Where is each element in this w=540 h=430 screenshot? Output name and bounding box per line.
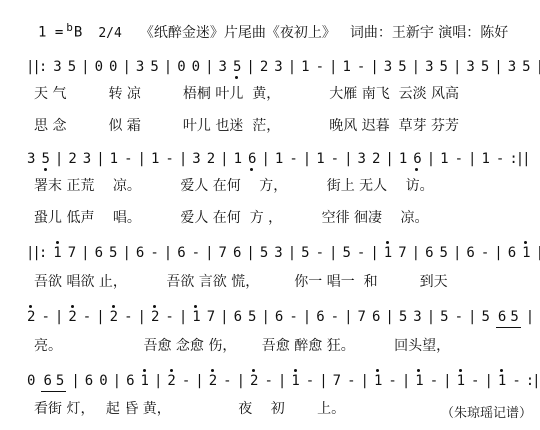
note: - [512,368,520,394]
barline: | [319,368,327,394]
note: - [316,240,324,266]
note: 6 [508,240,516,266]
barline: | [536,240,540,266]
beamed-notes: 65 [496,308,521,328]
transcriber-note: （朱琼瑶记谱） [441,402,532,421]
lyric-line-7: 看街 灯， 起 昏 黄， 夜 初 上。 [0,399,345,419]
sheet-header: 1 =bB 2/4 《纸醉金迷》片尾曲《夜初上》 词曲：王新宇 演唱：陈好 [0,16,540,40]
note: 7 [207,304,215,330]
repeat-start-sign: ||: [26,54,45,80]
note: 1 [498,368,506,394]
octave-dot-below [250,168,253,171]
flat-sign: b [66,21,73,34]
note: 3 [384,54,392,80]
footer-row: 看街 灯， 起 昏 黄， 夜 初 上。 （朱琼瑶记谱） [0,398,540,419]
barline: | [81,54,89,80]
note: 5 [440,304,448,330]
note: 3 [136,54,144,80]
note: 7 [219,240,227,266]
note: 0 [192,54,200,80]
lyric-line-5: 吾欲 唱欲 止， 吾欲 言欲 慌， 你一 唱一 和 到天 [0,272,540,292]
note: 6 [177,240,185,266]
note: 3 [274,54,282,80]
note: - [289,304,297,330]
barline: | [220,304,228,330]
barline: | [427,146,435,172]
note: 5 [301,240,309,266]
key-note: B [74,25,82,41]
note: 7 [68,240,76,266]
barline: | [329,54,337,80]
barline: | [261,146,269,172]
octave-dot-above [252,369,255,372]
barline: | [55,146,63,172]
note: - [165,146,173,172]
note: 5 [440,240,448,266]
note: - [124,146,132,172]
barline: | [303,304,311,330]
note: 6 [466,240,474,266]
note: - [331,146,339,172]
note: 5 [398,54,406,80]
octave-dot-below [235,76,238,79]
note: 3 [358,146,366,172]
barline: | [344,304,352,330]
note: 1 [481,146,489,172]
song-title: 《纸醉金迷》片尾曲《夜初上》 [140,21,336,45]
key-prefix: 1 = [38,25,63,41]
note: 6 [234,304,242,330]
barline: | [122,54,130,80]
octave-dot-above [56,241,59,244]
note: 5 [109,240,117,266]
barline: | [453,54,461,80]
note: - [331,304,339,330]
note: 5 [41,146,49,172]
barline: | [138,304,146,330]
lyric-line-4: 蛩儿 低声 唱。 爱人 在何 方 ， 空徘 徊凄 凉。 [0,208,540,228]
note: 6 [498,309,506,325]
barline: | [468,304,476,330]
note: 5 [260,240,268,266]
note: 2 [68,304,76,330]
note: 5 [440,54,448,80]
note: 1 [457,368,465,394]
note: 0 [95,54,103,80]
note: 7 [333,368,341,394]
note: - [83,304,91,330]
note: 1 [141,368,149,394]
octave-dot-above [211,369,214,372]
note: 1 [234,146,242,172]
octave-dot-above [194,305,197,308]
octave-dot-above [524,241,527,244]
barline: | [468,146,476,172]
note: 6 [136,240,144,266]
note: 3 [27,146,35,172]
note: 1 [110,146,118,172]
octave-dot-above [386,241,389,244]
note: 7 [358,304,366,330]
note: 1 [53,240,61,266]
note: - [481,240,489,266]
octave-dot-below [415,168,418,171]
barline: | [412,240,420,266]
barline: | [71,368,79,394]
note: 2 [110,304,118,330]
octave-dot-above [500,369,503,372]
note: 6 [248,146,256,172]
note: 1 [440,146,448,172]
note: 6 [316,304,324,330]
repeat-start-sign: ||: [26,240,45,266]
barline: | [246,54,254,80]
note: 1 [384,240,392,266]
barline: | [453,240,461,266]
barline: | [261,304,269,330]
barline: | [536,54,540,80]
note: 6 [233,240,241,266]
note: - [264,368,272,394]
octave-dot-above [112,305,115,308]
note: 5 [342,240,350,266]
note: - [430,368,438,394]
barline: | [329,240,337,266]
barline: | [237,368,245,394]
note: 5 [248,304,256,330]
note: - [455,304,463,330]
note: 6 [43,373,51,389]
note: 5 [522,54,530,80]
octave-dot-above [153,305,156,308]
note: 2 [209,368,217,394]
note: - [388,368,396,394]
note: 0 [27,368,35,394]
note: - [124,304,132,330]
barline: | [96,304,104,330]
repeat-end-sign: :|| [526,368,540,394]
sheet: 1 =bB 2/4 《纸醉金迷》片尾曲《夜初上》 词曲：王新宇 演唱：陈好 ||… [0,16,540,419]
note: - [455,146,463,172]
barline: | [370,54,378,80]
octave-dot-above [29,305,32,308]
lyric-line-1: 天 气 转 凉 梧桐 叶儿 黄， 大雁 南飞 云淡 风高 [0,84,540,104]
note: 0 [177,54,185,80]
note: 2 [151,304,159,330]
note: 1 [522,240,530,266]
score-line-2: 35|23|1-|1-|32|16|1-|1-|32|16|1-|1-:|| [0,146,540,172]
barline: | [494,54,502,80]
score-line-4: 2-|2-|2-|2-|17|65|6-|6-|76|53|5-|565|60| [0,304,540,330]
note: 6 [275,304,283,330]
barline: | [179,304,187,330]
octave-dot-above [143,369,146,372]
score-line-3: ||:17|65|6-|6-|76|53|5-|5-|17|65|6-|61| [0,240,540,266]
repeat-end-sign: :|| [509,146,528,172]
note: 5 [68,54,76,80]
note: - [471,368,479,394]
octave-dot-above [459,369,462,372]
barline: | [385,304,393,330]
barline: | [385,146,393,172]
note: 1 [275,146,283,172]
barline: | [494,240,502,266]
note: 6 [413,146,421,172]
note: 0 [109,54,117,80]
credits: 词曲：王新宇 演唱：陈好 [350,21,508,45]
note: 1 [374,368,382,394]
barline: | [484,368,492,394]
barline: | [113,368,121,394]
score-line-5: 065|60|61|2-|2-|2-|1-|7-|1-|1-|1-|1-:|| [0,368,540,394]
note: 2 [167,368,175,394]
barline: | [288,240,296,266]
note: 3 [413,304,421,330]
note: 1 [151,146,159,172]
note: - [223,368,231,394]
note: - [496,146,504,172]
barline: | [195,368,203,394]
key-signature: 1 =bB [38,16,82,45]
note: 1 [342,54,350,80]
lyric-line-3: 署末 正荒 凉。 爱人 在何 方， 街上 无人 访。 [0,176,540,196]
note: - [347,368,355,394]
time-signature: 2/4 [98,22,121,46]
octave-dot-above [294,369,297,372]
note: 7 [398,240,406,266]
note: 3 [83,146,91,172]
barline: | [81,240,89,266]
note: 1 [301,54,309,80]
octave-dot-above [417,369,420,372]
barline: | [443,368,451,394]
note: 6 [85,368,93,394]
note: 2 [207,146,215,172]
barline: | [122,240,130,266]
barline: | [164,54,172,80]
note: 3 [508,54,516,80]
note: 3 [466,54,474,80]
barline: | [278,368,286,394]
note: - [316,54,324,80]
note: - [165,304,173,330]
note: 0 [99,368,107,394]
note: - [41,304,49,330]
note: 3 [219,54,227,80]
note: - [192,240,200,266]
note: 6 [95,240,103,266]
note: 5 [233,54,241,80]
note: 2 [260,54,268,80]
score-line-1: ||:35|00|35|00|35|23|1-|1-|35|35|35|35| [0,54,540,80]
barline: | [205,240,213,266]
barline: | [303,146,311,172]
note: 6 [372,304,380,330]
barline: | [220,146,228,172]
note: 1 [415,368,423,394]
note: 1 [316,146,324,172]
barline: | [138,146,146,172]
note: 5 [510,309,518,325]
note: 1 [291,368,299,394]
barline: | [179,146,187,172]
note: - [357,54,365,80]
note: 5 [481,304,489,330]
octave-dot-above [71,305,74,308]
note: 5 [399,304,407,330]
note: 1 [192,304,200,330]
barline: | [526,304,534,330]
barline: | [344,146,352,172]
barline: | [370,240,378,266]
octave-dot-above [170,369,173,372]
barline: | [427,304,435,330]
barline: | [288,54,296,80]
note: 5 [150,54,158,80]
note: 3 [274,240,282,266]
beamed-notes: 65 [41,372,66,392]
note: 3 [425,54,433,80]
note: 5 [481,54,489,80]
barline: | [96,146,104,172]
note: 5 [56,373,64,389]
note: 2 [27,304,35,330]
octave-dot-below [44,168,47,171]
barline: | [164,240,172,266]
barline: | [361,368,369,394]
barline: | [246,240,254,266]
note: 3 [192,146,200,172]
note: - [182,368,190,394]
barline: | [154,368,162,394]
barline: | [205,54,213,80]
note: - [306,368,314,394]
note: 2 [68,146,76,172]
note: - [150,240,158,266]
barline: | [412,54,420,80]
lyric-line-6: 亮。 吾愈 念愈 伤， 吾愈 醉愈 狂。 回头望， [0,336,540,356]
lyric-line-2: 思 念 似 霜 叶儿 也迷 茫， 晚风 迟暮 草芽 芬芳 [0,116,540,136]
note: 2 [250,368,258,394]
note: 1 [399,146,407,172]
note: 3 [53,54,61,80]
note: - [357,240,365,266]
barline: | [55,304,63,330]
note: - [289,146,297,172]
barline: | [402,368,410,394]
note: 2 [372,146,380,172]
octave-dot-above [376,369,379,372]
note: 6 [425,240,433,266]
note: 6 [126,368,134,394]
